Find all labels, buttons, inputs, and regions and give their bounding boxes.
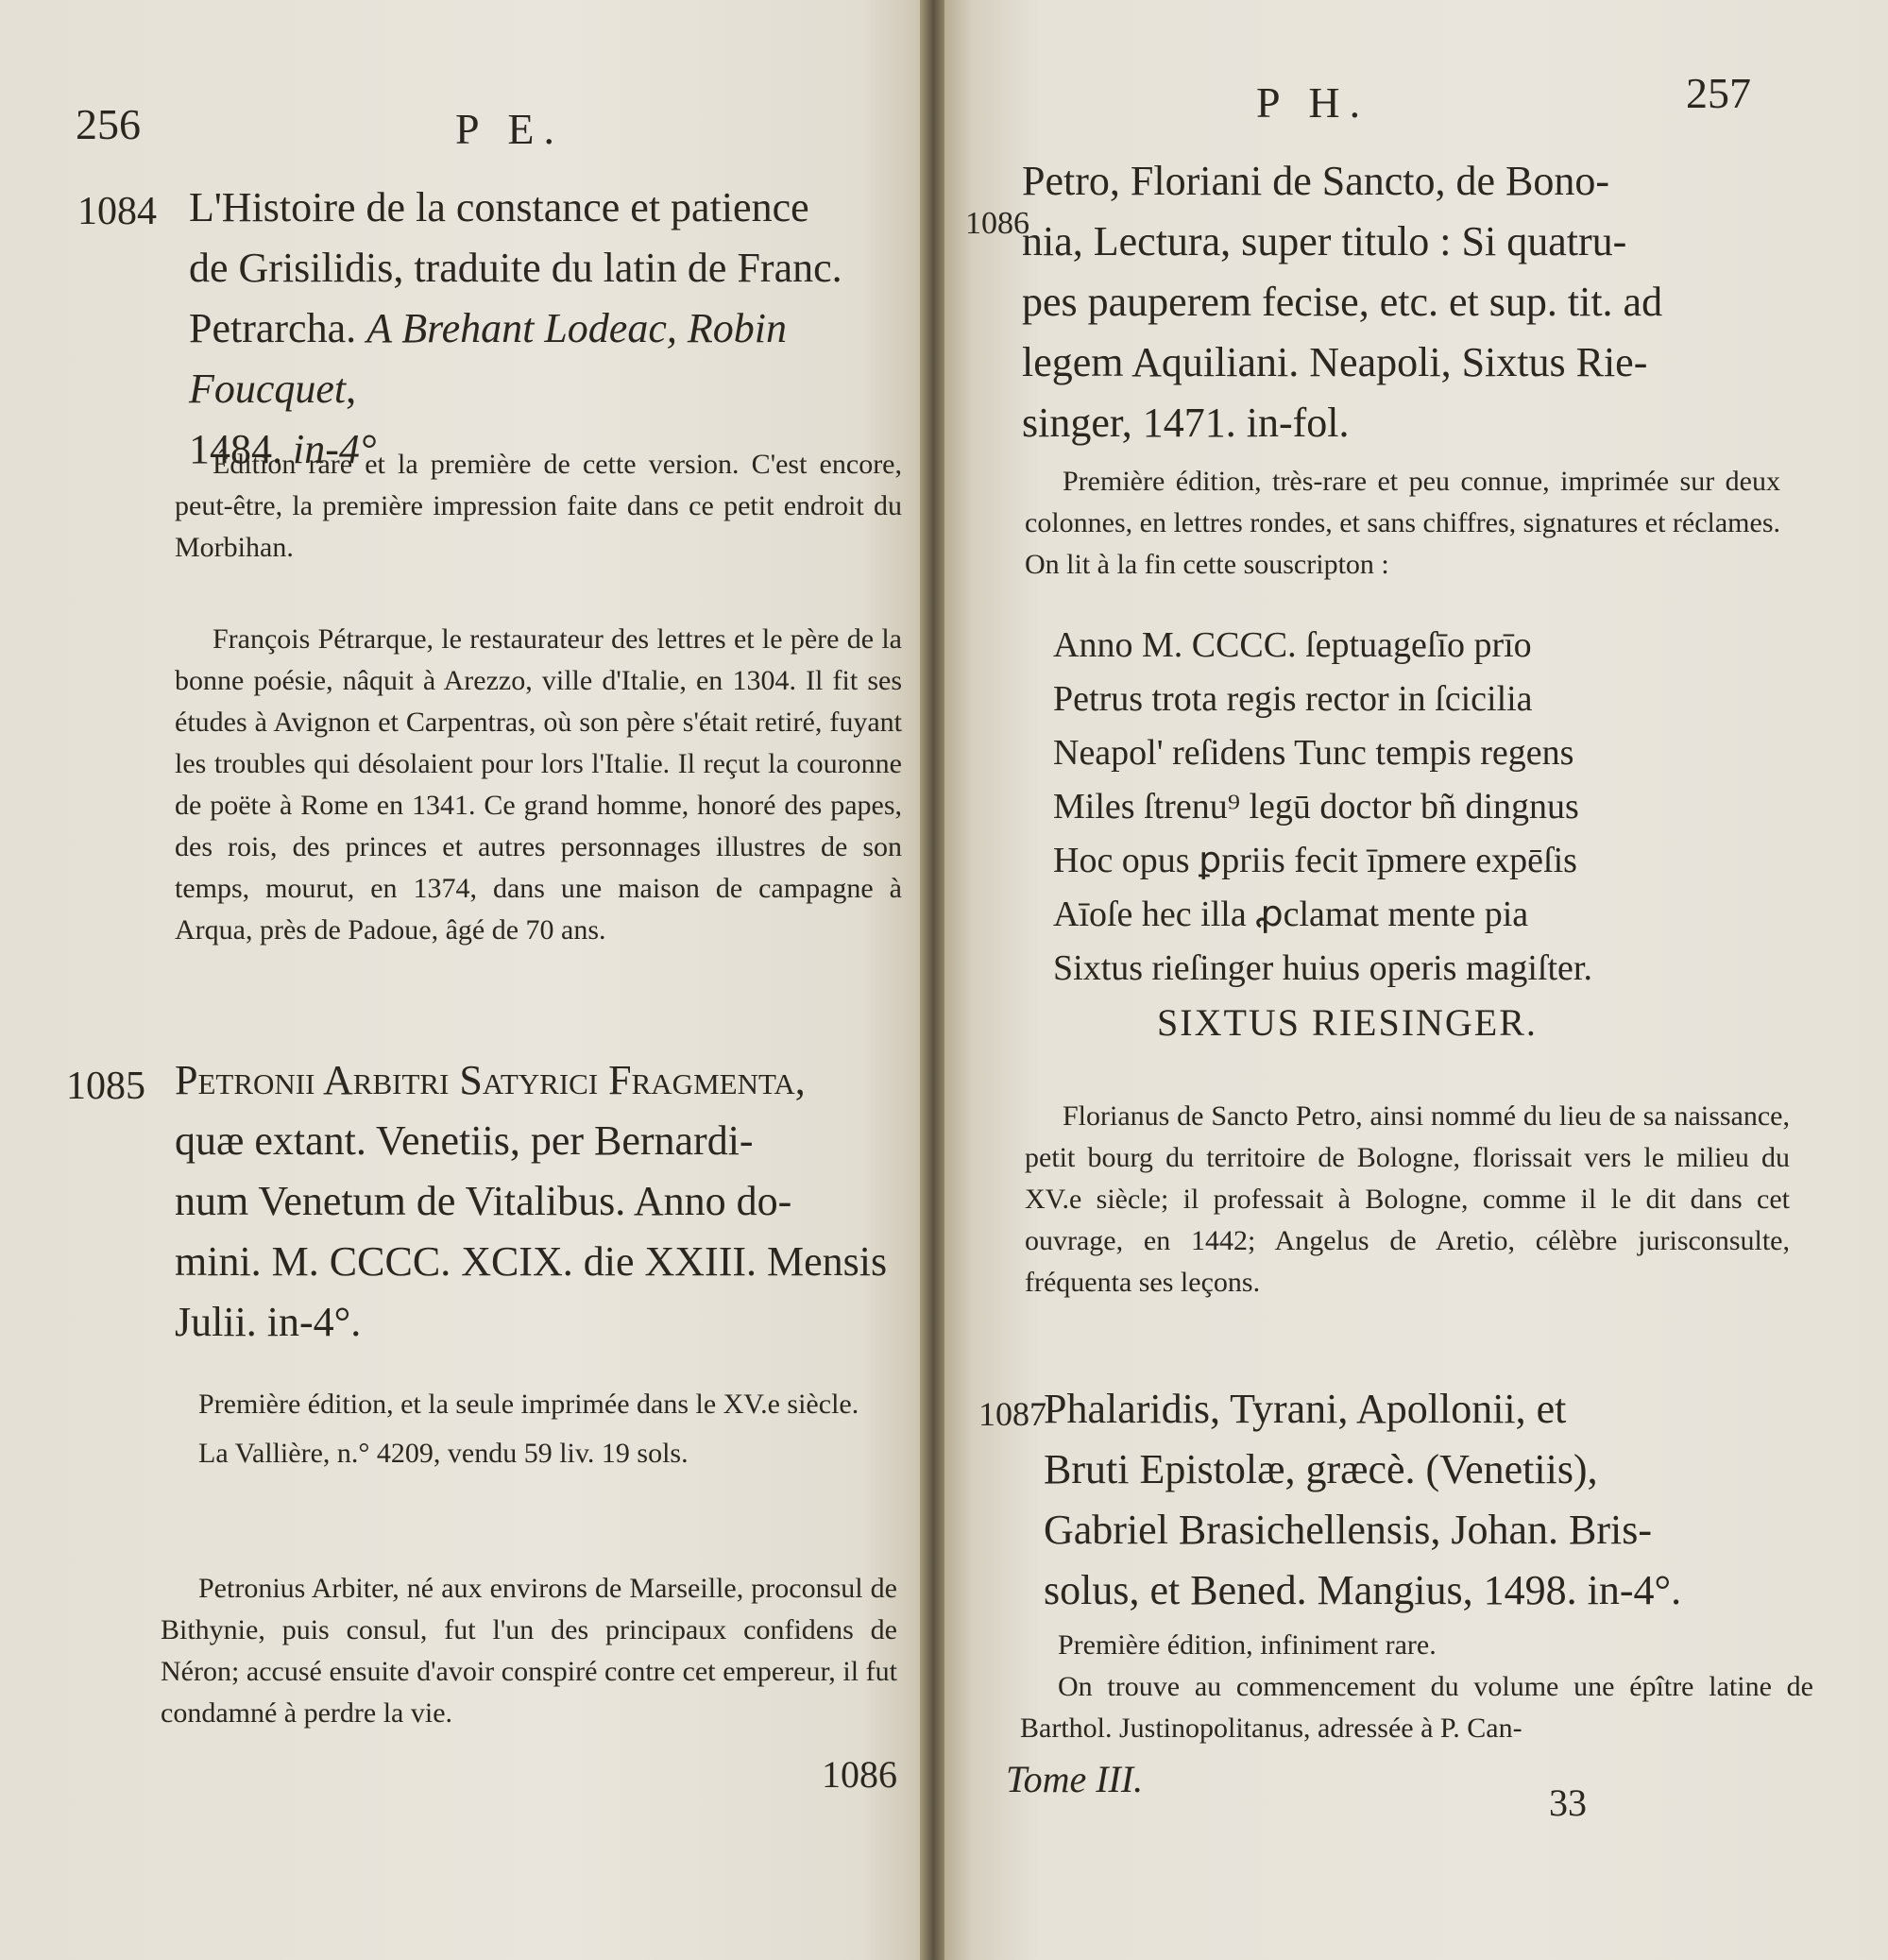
entry-line: Gabriel Brasichellensis, Johan. Bris-	[1044, 1500, 1818, 1560]
entry-number: 1085	[66, 1056, 145, 1116]
running-head: P H.	[1256, 77, 1369, 128]
colophon-line: Anno M. CCCC. ſeptuageſīo prīo	[1053, 619, 1592, 673]
signature-mark: Tome III.	[1006, 1757, 1143, 1801]
entry-title: Petro, Floriani de Sancto, de Bono- nia,…	[1022, 151, 1796, 453]
entry-line: solus, et Bened. Mangius, 1498. in-4°.	[1044, 1560, 1818, 1621]
note-paragraph: François Pétrarque, le restaurateur des …	[175, 619, 902, 951]
running-head: P E.	[455, 104, 564, 154]
entry-note: Florianus de Sancto Petro, ainsi nommé d…	[1025, 1096, 1790, 1304]
entry-note: Édition rare et la première de cette ver…	[175, 444, 902, 569]
entry-line: Petronii Arbitri Satyrici Fragmenta,	[175, 1050, 911, 1111]
signature-number: 33	[1549, 1781, 1587, 1825]
tome-label: Tome III.	[1006, 1758, 1143, 1800]
note-paragraph: On trouve au commencement du volume une …	[1020, 1666, 1813, 1749]
entry-note: Petronius Arbiter, né aux environs de Ma…	[161, 1568, 897, 1734]
entry-line: mini. M. CCCC. XCIX. die XXIII. Mensis	[175, 1232, 911, 1292]
right-page: P H. 257 1086 Petro, Floriani de Sancto,…	[944, 0, 1888, 1960]
entry-number: 1086	[965, 194, 1029, 254]
entry-line: quæ extant. Venetiis, per Bernardi-	[175, 1111, 911, 1171]
entry-title: L'Histoire de la constance et patience d…	[189, 178, 926, 480]
entry-line: legem Aquiliani. Neapoli, Sixtus Rie-	[1022, 332, 1796, 393]
colophon-signature: SIXTUS RIESINGER.	[1053, 996, 1592, 1049]
catchword: 1086	[822, 1752, 897, 1797]
colophon-line: Neapol' reſidens Tunc tempis regens	[1053, 726, 1592, 780]
entry-line: Phalaridis, Tyrani, Apollonii, et	[1044, 1379, 1818, 1440]
note-paragraph: Édition rare et la première de cette ver…	[175, 444, 902, 569]
entry-line: Petrarcha. A Brehant Lodeac, Robin Foucq…	[189, 298, 926, 419]
entry-line: de Grisilidis, traduite du latin de Fran…	[189, 238, 926, 298]
colophon-line: Aīoſe hec illa ꝓclamat mente pia	[1053, 888, 1592, 942]
page-number: 256	[76, 99, 141, 149]
entry-number: 1087	[978, 1384, 1046, 1444]
note-paragraph: La Vallière, n.° 4209, vendu 59 liv. 19 …	[161, 1433, 897, 1474]
entry-note: Première édition, et la seule imprimée d…	[161, 1384, 897, 1474]
note-paragraph: Florianus de Sancto Petro, ainsi nommé d…	[1025, 1096, 1790, 1304]
book-gutter	[920, 0, 944, 1960]
entry-line: Bruti Epistolæ, græcè. (Venetiis),	[1044, 1440, 1818, 1500]
note-paragraph: Petronius Arbiter, né aux environs de Ma…	[161, 1568, 897, 1734]
entry-number: 1084	[77, 181, 157, 242]
note-paragraph: Première édition, très-rare et peu connu…	[1025, 461, 1780, 586]
colophon-line: Sixtus rieſinger huius operis magiſter.	[1053, 942, 1592, 996]
entry-title: Petronii Arbitri Satyrici Fragmenta, quæ…	[175, 1050, 911, 1353]
entry-note: François Pétrarque, le restaurateur des …	[175, 619, 902, 951]
book-spread: 256 P E. 1084 L'Histoire de la constance…	[0, 0, 1888, 1960]
entry-line: num Venetum de Vitalibus. Anno do-	[175, 1171, 911, 1232]
note-paragraph: Première édition, infiniment rare.	[1020, 1625, 1813, 1666]
entry-line: singer, 1471. in-fol.	[1022, 393, 1796, 453]
note-paragraph: Première édition, et la seule imprimée d…	[161, 1384, 897, 1425]
entry-line: Petro, Floriani de Sancto, de Bono-	[1022, 151, 1796, 212]
entry-line: pes pauperem fecise, etc. et sup. tit. a…	[1022, 272, 1796, 332]
colophon-line: Hoc opus ꝑpriis fecit īpmere expēſis	[1053, 834, 1592, 888]
entry-note: Première édition, très-rare et peu connu…	[1025, 461, 1780, 586]
page-number: 257	[1686, 68, 1751, 118]
entry-title: Phalaridis, Tyrani, Apollonii, et Bruti …	[1044, 1379, 1818, 1621]
entry-line: L'Histoire de la constance et patience	[189, 178, 926, 238]
colophon-line: Miles ſtrenu⁹ legū doctor bñ dingnus	[1053, 780, 1592, 834]
entry-line: Julii. in-4°.	[175, 1292, 911, 1353]
entry-line: nia, Lectura, super titulo : Si quatru-	[1022, 212, 1796, 272]
entry-note: Première édition, infiniment rare. On tr…	[1020, 1625, 1813, 1749]
colophon-line: Petrus trota regis rector in ſcicilia	[1053, 673, 1592, 726]
colophon: Anno M. CCCC. ſeptuageſīo prīo Petrus tr…	[1053, 619, 1592, 1049]
left-page: 256 P E. 1084 L'Histoire de la constance…	[0, 0, 935, 1960]
